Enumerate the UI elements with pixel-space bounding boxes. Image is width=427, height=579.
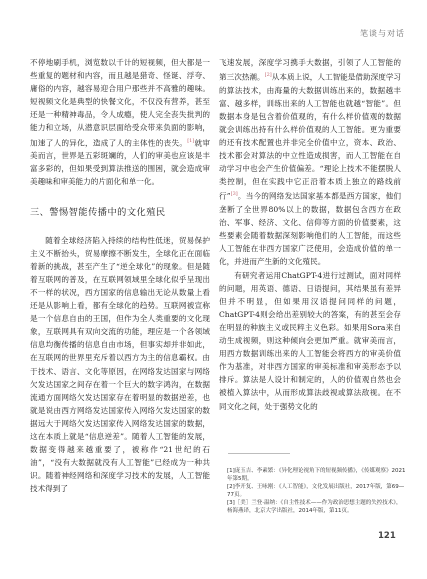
paragraph: 随着全球经济陷入持续的结构性低迷，贸易保护主义不断抬头，贸易摩擦不断发生，全球化… — [30, 234, 210, 496]
footnote-1: [1]庞玉吉、李素繁：《异化理论视角下的短视频传播》，《传媒观察》2021年第5… — [227, 467, 407, 483]
paragraph: 有研究者运用ChatGPT-4进行过测试，面对同样的问题，用英语、德语、日语提问… — [219, 269, 401, 413]
paragraph: 飞速发展，深度学习携手大数据，引领了人工智能的第三次热潮。[2]从本质上说，人工… — [219, 56, 401, 269]
paragraph-text: 。当今的网络发达国家基本都是西方国家，他们垄断了全世界80%以上的数据，数据包含… — [219, 192, 401, 266]
footnotes: [1]庞玉吉、李素繁：《异化理论视角下的短视频传播》，《传媒观察》2021年第5… — [227, 467, 407, 515]
paragraph-text: 不停地刷手机，浏览数以千计的短视频，但大都是一些重复的题材和内容，而且越是猎奇、… — [30, 58, 210, 147]
footnote-3: [3]［美］兰登·温纳：《自主性技术——作为政治思想主题的失控技术》，杨海燕译，… — [227, 499, 407, 515]
paragraph-text: 从本质上说，人工智能是借助深度学习的算法技术，由海量的大数据训练出来的，数据越丰… — [219, 73, 401, 201]
footnote-divider — [228, 453, 290, 454]
footnote-2: [2]李开复、王咏刚：《人工智能》，文化发展出版社，2017年版，第69—77页… — [227, 483, 407, 499]
section-heading: 三、警惕智能传播中的文化殖民 — [30, 206, 210, 219]
page-number: 121 — [378, 531, 396, 541]
running-header: 笔谈与对话 — [360, 28, 405, 39]
footnote-marker[interactable]: [2] — [265, 72, 272, 78]
paragraph: 不停地刷手机，浏览数以千计的短视频，但大都是一些重复的题材和内容，而且越是猎奇、… — [30, 56, 210, 188]
footnote-marker[interactable]: [3] — [231, 191, 238, 197]
left-column: 不停地刷手机，浏览数以千计的短视频，但大都是一些重复的题材和内容，而且越是猎奇、… — [30, 56, 210, 495]
right-column: 飞速发展，深度学习携手大数据，引领了人工智能的第三次热潮。[2]从本质上说，人工… — [219, 56, 401, 413]
